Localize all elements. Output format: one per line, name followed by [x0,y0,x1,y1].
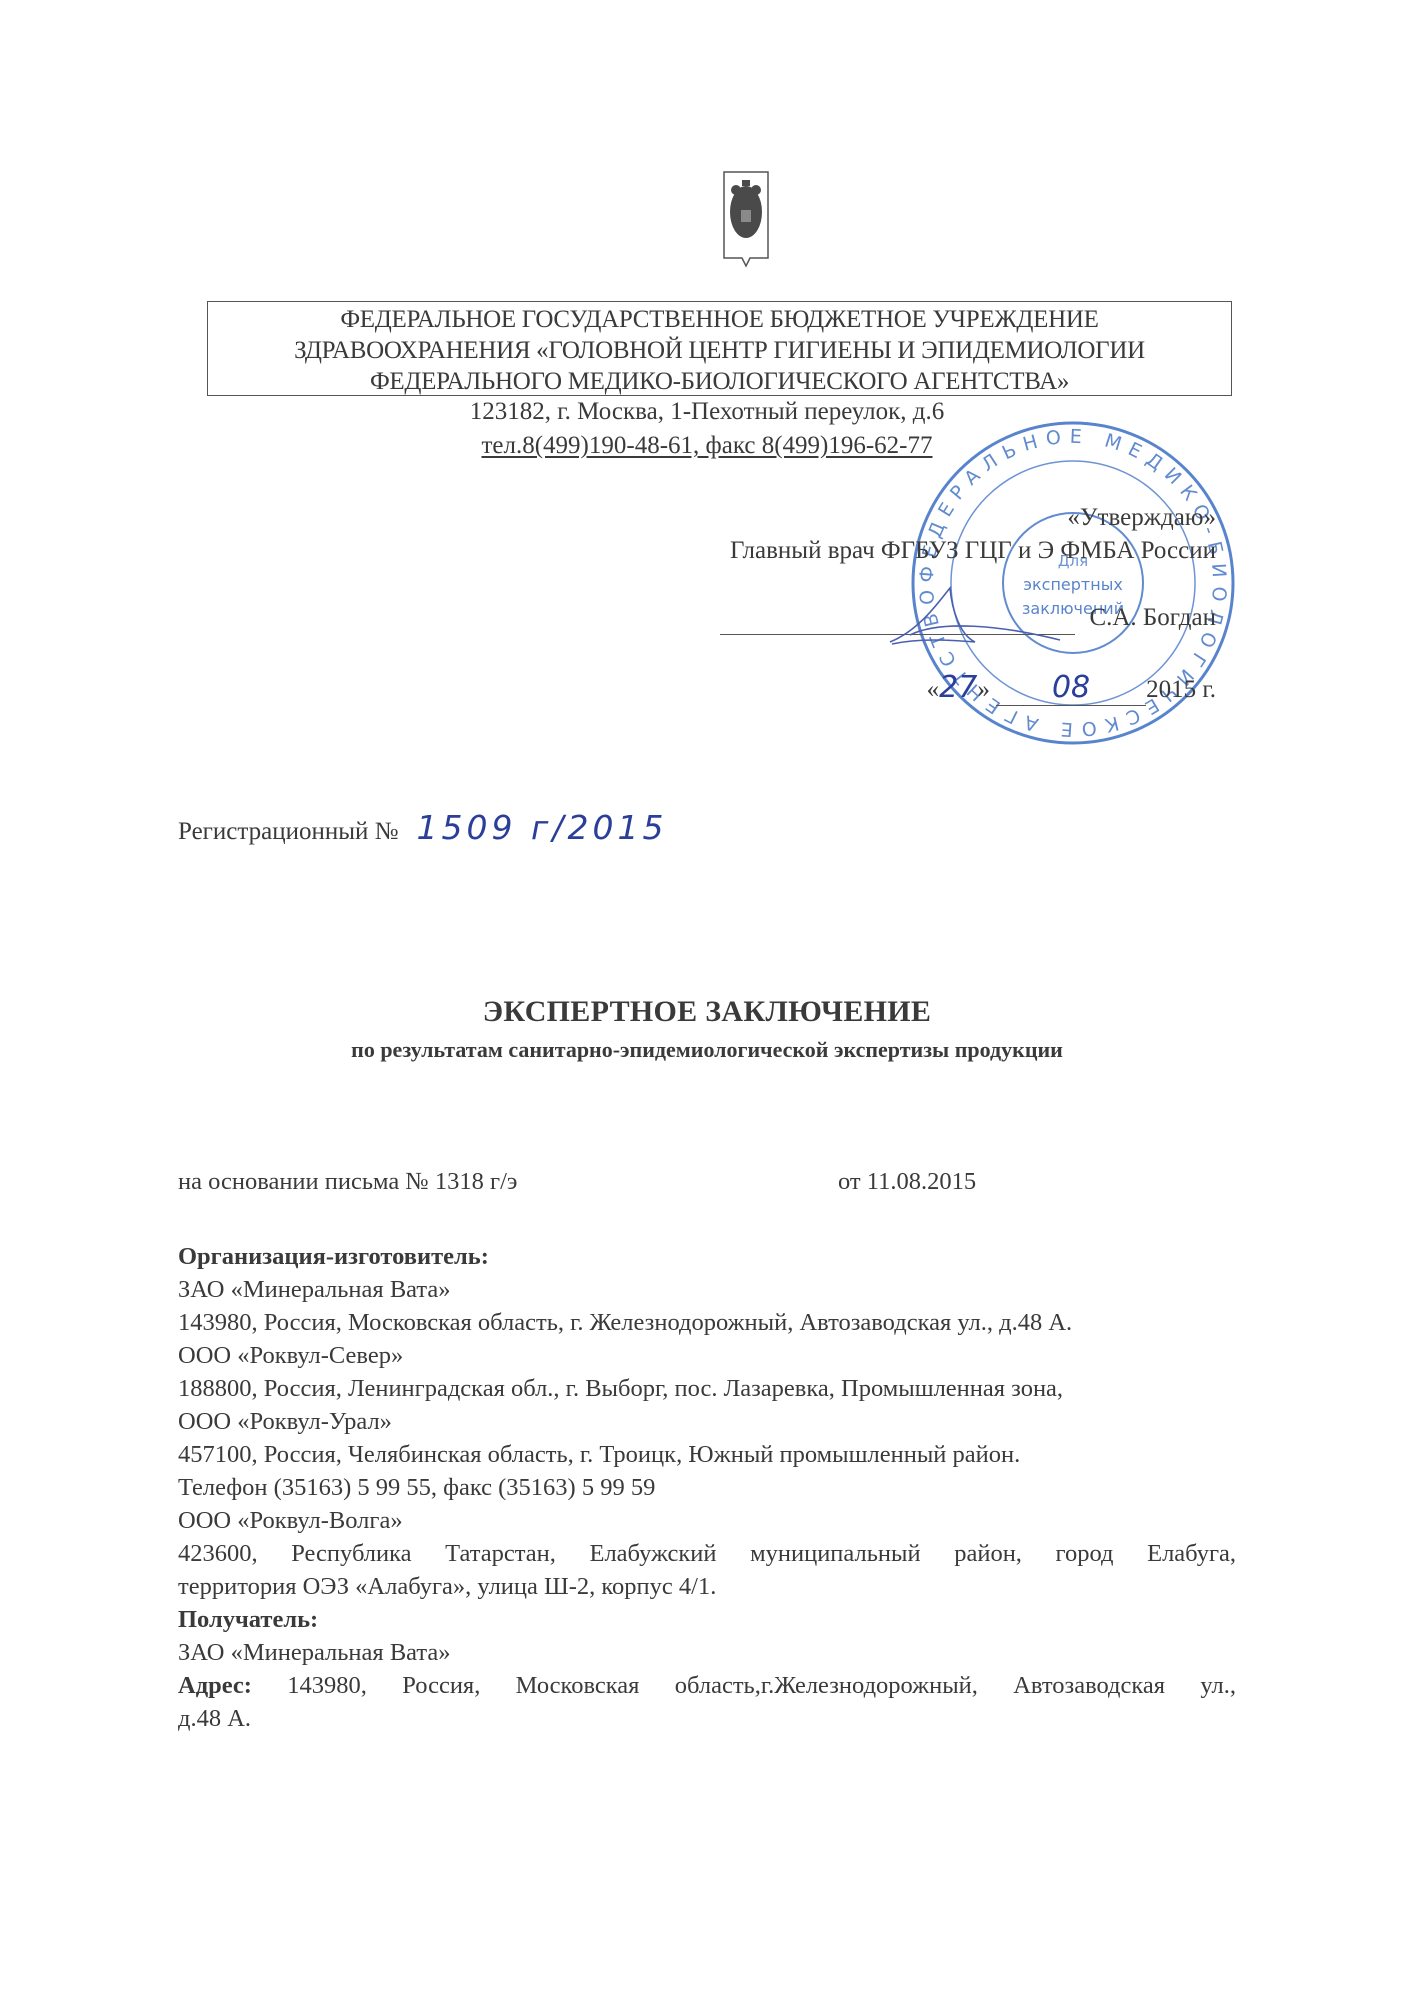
manufacturer-line: Телефон (35163) 5 99 55, факс (35163) 5 … [178,1474,655,1502]
institution-line: ФЕДЕРАЛЬНОГО МЕДИКО-БИОЛОГИЧЕСКОГО АГЕНТ… [208,366,1231,397]
handwritten-registration-number: 1509 г/2015 [417,808,668,847]
basis-letter: на основании письма № 1318 г/э [178,1168,517,1196]
date-year: 2015 г. [1146,676,1216,703]
manufacturer-line: 457100, Россия, Челябинская область, г. … [178,1441,1020,1469]
recipient-label: Получатель: [178,1606,318,1634]
handwritten-signature [880,580,1070,650]
institution-header: ФЕДЕРАЛЬНОЕ ГОСУДАРСТВЕННОЕ БЮДЖЕТНОЕ УЧ… [207,301,1232,396]
recipient-name: ЗАО «Минеральная Вата» [178,1639,451,1667]
manufacturer-line: ООО «Роквул-Волга» [178,1507,403,1535]
approval-heading: «Утверждаю» [1067,504,1216,532]
manufacturer-line: 143980, Россия, Московская область, г. Ж… [178,1309,1072,1337]
chief-position: Главный врач ФГБУЗ ГЦГ и Э ФМБА России [730,537,1216,565]
handwritten-day: 27 [939,670,977,705]
registration-label: Регистрационный № [178,818,399,845]
signer-name: С.А. Богдан [1089,604,1216,632]
manufacturer-line: 188800, Россия, Ленинградская обл., г. В… [178,1375,1063,1403]
institution-line: ЗДРАВООХРАНЕНИЯ «ГОЛОВНОЙ ЦЕНТР ГИГИЕНЫ … [208,335,1231,366]
document-title: ЭКСПЕРТНОЕ ЗАКЛЮЧЕНИЕ [0,995,1414,1029]
manufacturer-label: Организация-изготовитель: [178,1243,489,1271]
registration-number: Регистрационный №1509 г/2015 [178,808,667,847]
document-subtitle: по результатам санитарно-эпидемиологичес… [0,1037,1414,1063]
address-label: Адрес: [178,1672,252,1699]
russian-coat-of-arms-icon [722,170,770,270]
approval-date: «27» 082015 г. [927,670,1216,706]
recipient-address: Адрес: 143980, Россия, Московская област… [178,1672,1236,1700]
recipient-address-cont: д.48 А. [178,1705,251,1733]
manufacturer-line: территория ОЭЗ «Алабуга», улица Ш-2, кор… [178,1573,716,1601]
institution-line: ФЕДЕРАЛЬНОЕ ГОСУДАРСТВЕННОЕ БЮДЖЕТНОЕ УЧ… [208,304,1231,335]
manufacturer-line: ООО «Роквул-Урал» [178,1408,392,1436]
handwritten-month: 08 [1052,670,1090,705]
manufacturer-line: ЗАО «Минеральная Вата» [178,1276,451,1304]
manufacturer-line: 423600, Республика Татарстан, Елабужский… [178,1540,1236,1568]
contacts-text: тел.8(499)190-48-61, факс 8(499)196-62-7… [481,432,932,459]
basis-date: от 11.08.2015 [838,1168,976,1196]
manufacturer-line: ООО «Роквул-Север» [178,1342,403,1370]
